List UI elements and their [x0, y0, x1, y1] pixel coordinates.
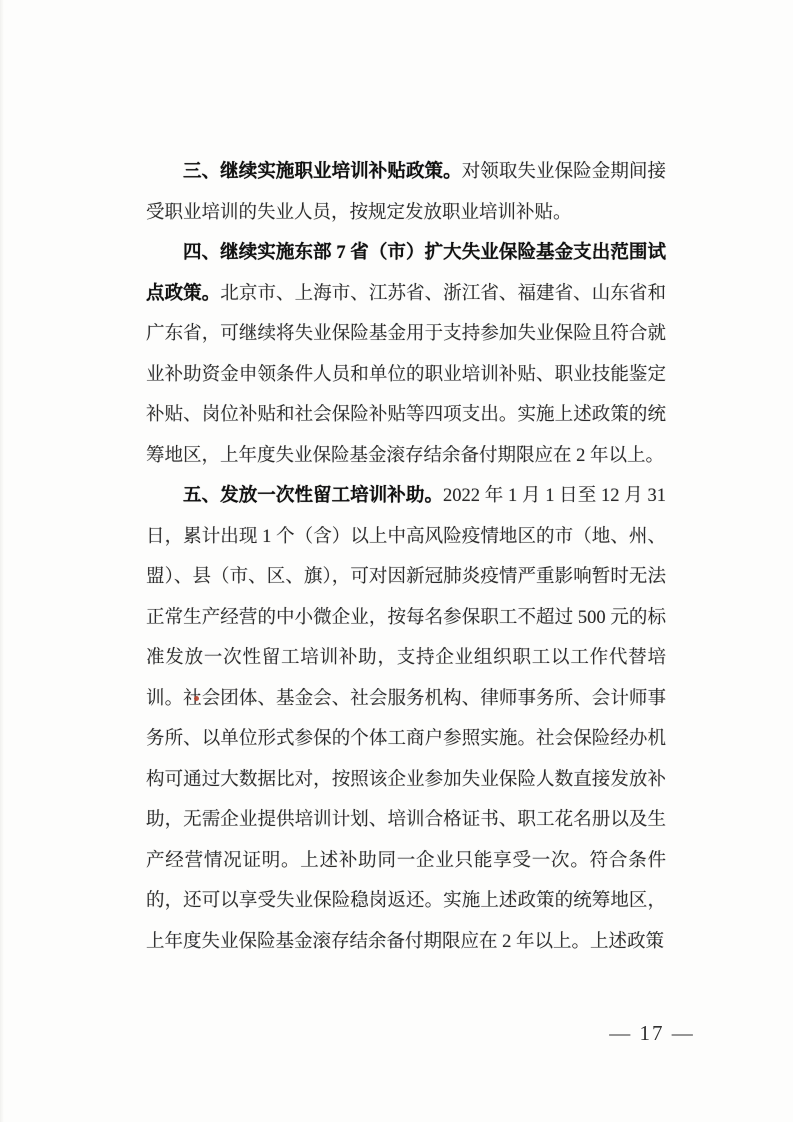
- paragraph-3: 三、继续实施职业培训补贴政策。对领取失业保险金期间接受职业培训的失业人员，按规定…: [146, 152, 666, 233]
- paragraph-4-body: 北京市、上海市、江苏省、浙江省、福建省、山东省和广东省，可继续将失业保险基金用于…: [146, 284, 666, 466]
- red-dot-mark: [194, 696, 199, 701]
- page-number: — 17 —: [599, 1021, 705, 1046]
- paragraph-5-body: 2022 年 1 月 1 日至 12 月 31 日，累计出现 1 个（含）以上中…: [146, 486, 666, 952]
- paragraph-4: 四、继续实施东部 7 省（市）扩大失业保险基金支出范围试点政策。北京市、上海市、…: [146, 233, 666, 476]
- document-page: 三、继续实施职业培训补贴政策。对领取失业保险金期间接受职业培训的失业人员，按规定…: [0, 0, 793, 1122]
- paragraph-3-heading: 三、继续实施职业培训补贴政策。: [183, 162, 462, 182]
- paragraph-5: 五、发放一次性留工培训补助。2022 年 1 月 1 日至 12 月 31 日，…: [146, 476, 666, 962]
- paragraph-5-heading: 五、发放一次性留工培训补助。: [183, 486, 443, 506]
- document-body-text: 三、继续实施职业培训补贴政策。对领取失业保险金期间接受职业培训的失业人员，按规定…: [146, 152, 666, 962]
